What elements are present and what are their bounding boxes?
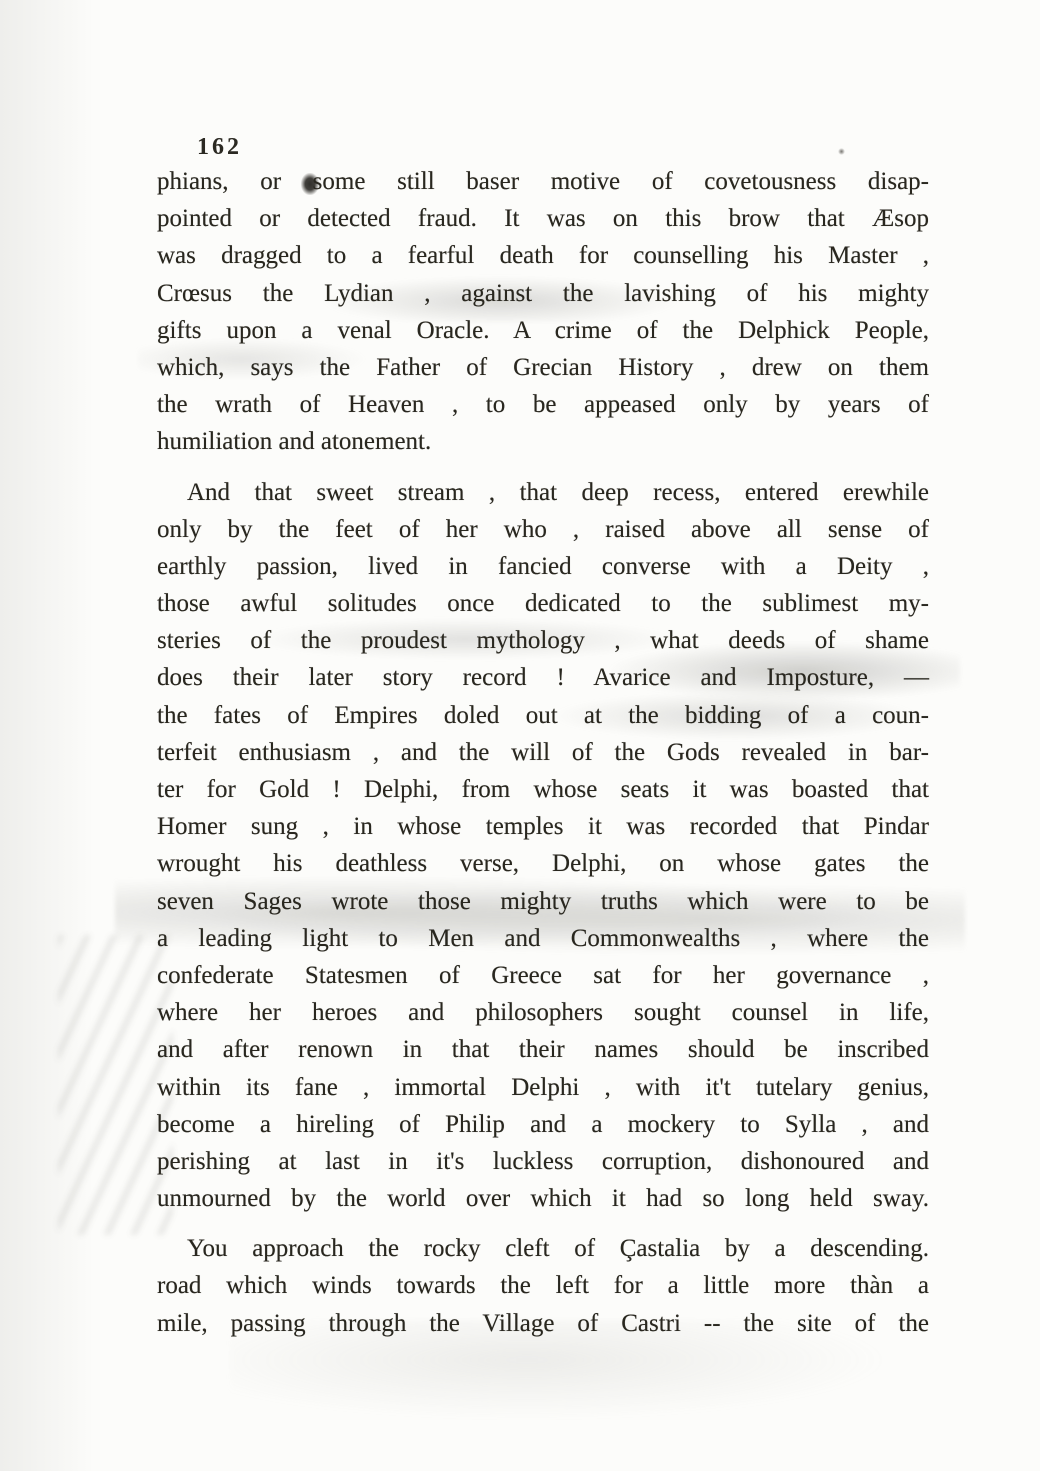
- text-line: does their later story record ! Avarice …: [157, 659, 929, 696]
- book-page: 162 phians, or some still baser motive o…: [0, 0, 1040, 1471]
- text-line: humiliation and atonement.: [157, 423, 929, 460]
- text-line: confederate Statesmen of Greece sat for …: [157, 957, 929, 994]
- paragraph: phians, or some still baser motive of co…: [157, 163, 929, 461]
- text-line: the wrath of Heaven , to be appeased onl…: [157, 386, 929, 423]
- text-line: wrought his deathless verse, Delphi, on …: [157, 845, 929, 882]
- text-line: become a hireling of Philip and a mocker…: [157, 1106, 929, 1143]
- text-line: those awful solitudes once dedicated to …: [157, 585, 929, 622]
- text-line: where her heroes and philosophers sought…: [157, 994, 929, 1031]
- page-number: 162: [197, 134, 242, 161]
- text-line: gifts upon a venal Oracle. A crime of th…: [157, 312, 929, 349]
- text-line: the fates of Empires doled out at the bi…: [157, 697, 929, 734]
- ink-speck: [838, 148, 845, 155]
- text-line: terfeit enthusiasm , and the will of the…: [157, 734, 929, 771]
- text-line: Homer sung , in whose temples it was rec…: [157, 808, 929, 845]
- text-block: phians, or some still baser motive of co…: [157, 163, 929, 1342]
- text-line: which, says the Father of Grecian Histor…: [157, 349, 929, 386]
- text-line: and after renown in that their names sho…: [157, 1031, 929, 1068]
- paragraph: And that sweet stream , that deep recess…: [157, 474, 929, 1218]
- text-line: And that sweet stream , that deep recess…: [157, 474, 929, 511]
- scan-streaks: [58, 935, 173, 1235]
- text-line: perishing at last in it's luckless corru…: [157, 1143, 929, 1180]
- text-line: only by the feet of her who , raised abo…: [157, 511, 929, 548]
- text-line: You approach the rocky cleft of Çastalia…: [157, 1230, 929, 1267]
- text-line: ter for Gold ! Delphi, from whose seats …: [157, 771, 929, 808]
- scan-edge-shadow: [0, 0, 95, 1471]
- text-line: pointed or detected fraud. It was on thi…: [157, 200, 929, 237]
- text-line: seven Sages wrote those mighty truths wh…: [157, 883, 929, 920]
- text-line: was dragged to a fearful death for couns…: [157, 237, 929, 274]
- text-line: road which winds towards the left for a …: [157, 1267, 929, 1304]
- text-line: phians, or some still baser motive of co…: [157, 163, 929, 200]
- text-line: Crœsus the Lydian , against the lavishin…: [157, 275, 929, 312]
- text-line: mile, passing through the Village of Cas…: [157, 1305, 929, 1342]
- paragraph: You approach the rocky cleft of Çastalia…: [157, 1230, 929, 1342]
- text-line: steries of the proudest mythology , what…: [157, 622, 929, 659]
- text-line: unmourned by the world over which it had…: [157, 1180, 929, 1217]
- text-line: earthly passion, lived in fancied conver…: [157, 548, 929, 585]
- text-line: a leading light to Men and Commonwealths…: [157, 920, 929, 957]
- text-line: within its fane , immortal Delphi , with…: [157, 1069, 929, 1106]
